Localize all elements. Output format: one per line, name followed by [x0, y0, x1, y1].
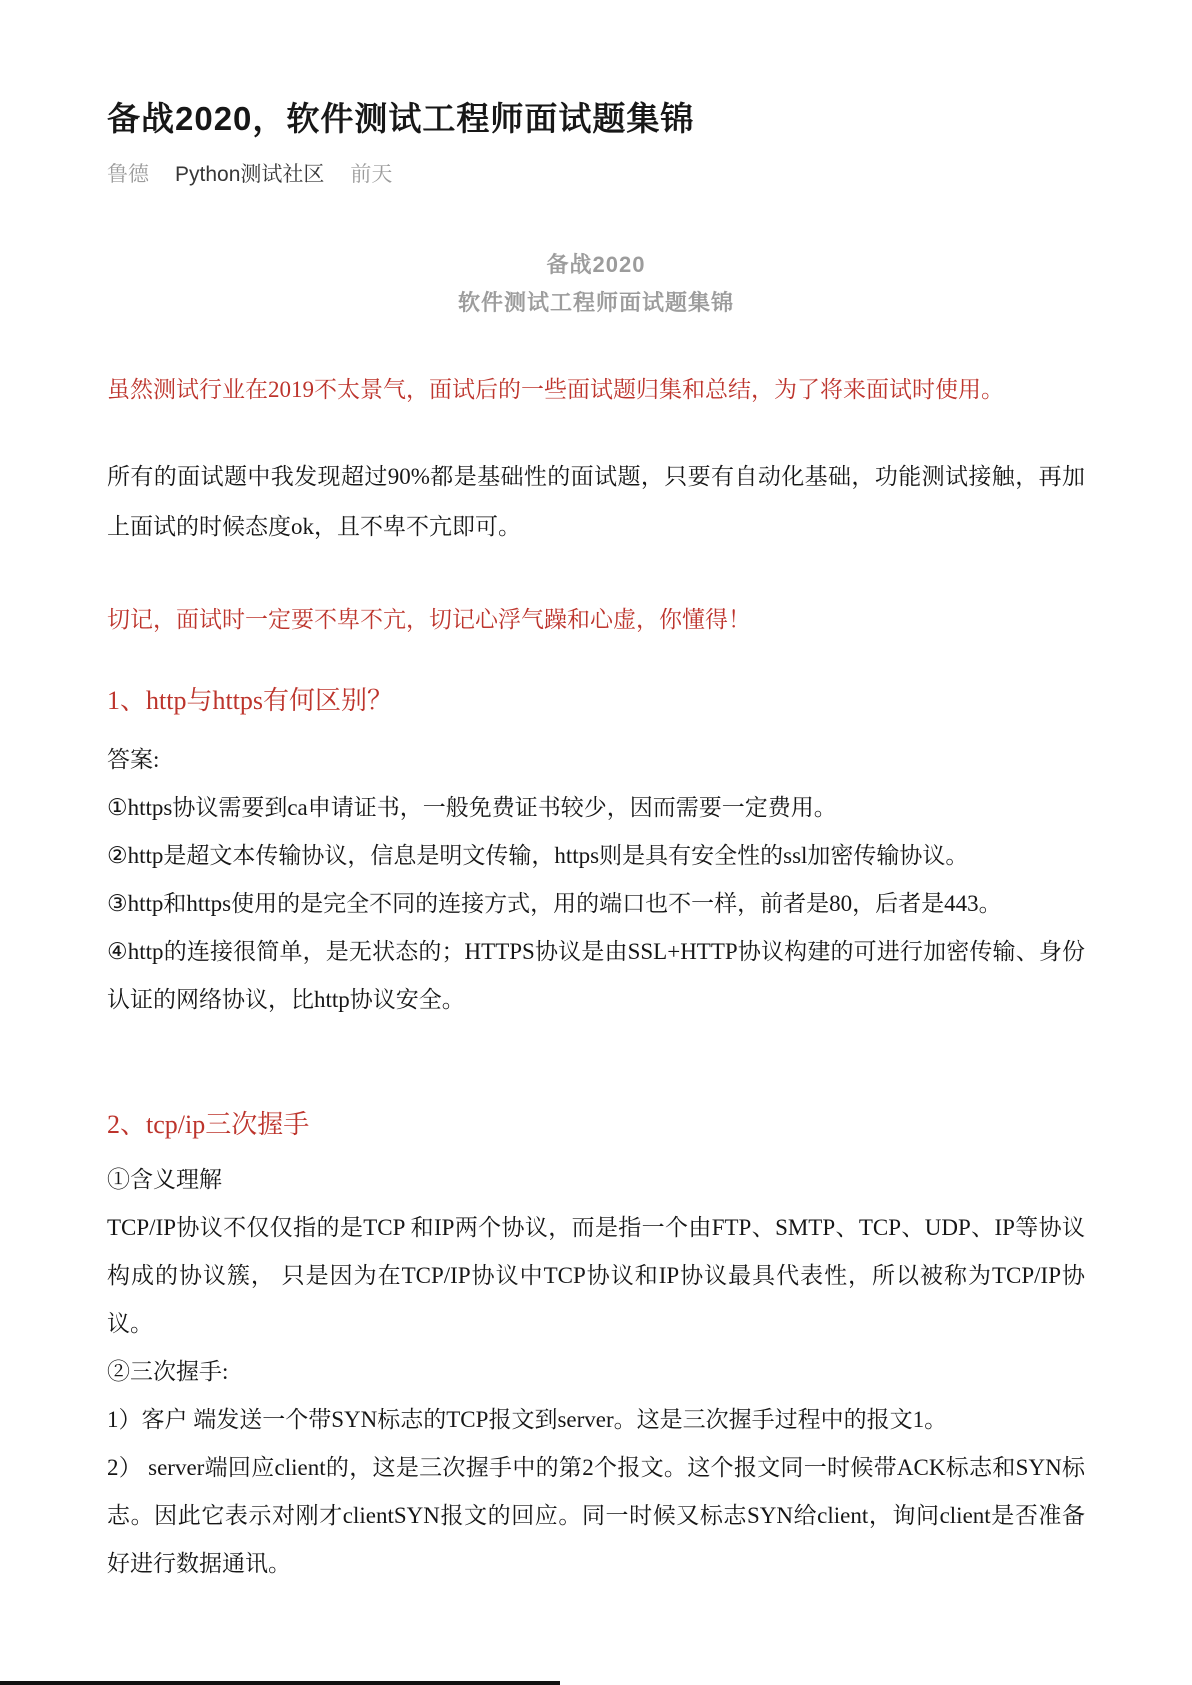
section-2-body: ①含义理解 TCP/IP协议不仅仅指的是TCP 和IP两个协议，而是指一个由FT…	[107, 1156, 1085, 1588]
answer-label: 答案:	[107, 736, 1085, 784]
publish-time: 前天	[350, 158, 392, 188]
handshake-step-2: 2） server端回应client的，这是三次握手中的第2个报文。这个报文同一…	[107, 1444, 1085, 1588]
answer-item-3: ③http和https使用的是完全不同的连接方式，用的端口也不一样，前者是80，…	[107, 880, 1085, 928]
author-name: 鲁德	[107, 158, 149, 188]
article-title: 备战2020，软件测试工程师面试题集锦	[107, 98, 1085, 141]
handshake-step-1: 1）客户 端发送一个带SYN标志的TCP报文到server。这是三次握手过程中的…	[107, 1396, 1085, 1444]
intro-black-paragraph: 所有的面试题中我发现超过90%都是基础性的面试题，只要有自动化基础，功能测试接触…	[107, 452, 1085, 552]
intro-red-paragraph: 虽然测试行业在2019不太景气，面试后的一些面试题归集和总结，为了将来面试时使用…	[107, 372, 1085, 408]
section-2-heading: 2、tcp/ip三次握手	[107, 1106, 1085, 1144]
header-line-1: 备战2020	[107, 246, 1085, 284]
tcpip-paragraph: TCP/IP协议不仅仅指的是TCP 和IP两个协议，而是指一个由FTP、SMTP…	[107, 1204, 1085, 1348]
section-1-heading: 1、http与https有何区别？	[107, 682, 1085, 720]
reminder-red-paragraph: 切记，面试时一定要不卑不亢，切记心浮气躁和心虚，你懂得！	[107, 602, 1085, 638]
handshake-label: ②三次握手:	[107, 1348, 1085, 1396]
bottom-edge-bar	[0, 1681, 560, 1685]
byline: 鲁德 Python测试社区 前天	[107, 158, 1085, 188]
account-link[interactable]: Python测试社区	[175, 158, 324, 188]
answer-item-4: ④http的连接很简单，是无状态的；HTTPS协议是由SSL+HTTP协议构建的…	[107, 928, 1085, 1024]
meaning-label: ①含义理解	[107, 1156, 1085, 1204]
article-page: 备战2020，软件测试工程师面试题集锦 鲁德 Python测试社区 前天 备战2…	[0, 0, 1192, 1685]
answer-item-1: ①https协议需要到ca申请证书，一般免费证书较少，因而需要一定费用。	[107, 784, 1085, 832]
header-line-2: 软件测试工程师面试题集锦	[107, 284, 1085, 322]
section-1-body: 答案: ①https协议需要到ca申请证书，一般免费证书较少，因而需要一定费用。…	[107, 736, 1085, 1024]
answer-item-2: ②http是超文本传输协议，信息是明文传输，https则是具有安全性的ssl加密…	[107, 832, 1085, 880]
header-block: 备战2020 软件测试工程师面试题集锦	[107, 246, 1085, 322]
